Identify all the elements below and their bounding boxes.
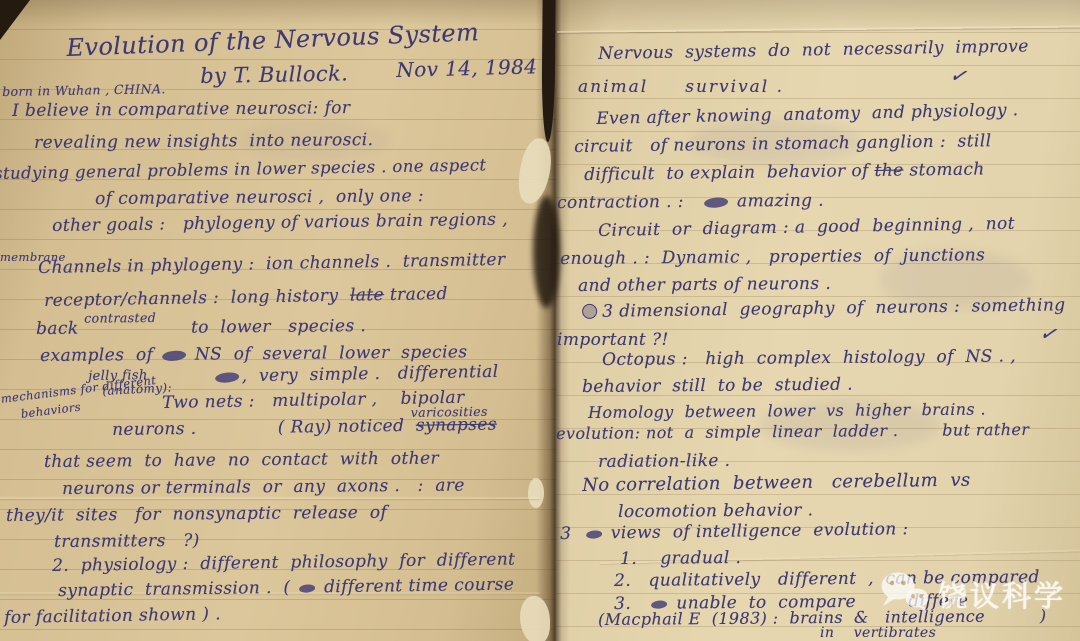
note-text: back <box>36 319 84 339</box>
note-text: views of intelligence evolution : <box>605 519 909 543</box>
note-byline: by T. Bullock. <box>200 61 348 88</box>
notebook-photo: Evolution of the Nervous System by T. Bu… <box>0 0 1080 641</box>
torn-paper-edge <box>520 596 550 641</box>
note-line: back contrasted to lower species . <box>36 316 366 339</box>
note-line: Octopus : high complex histology of NS .… <box>602 346 1016 370</box>
note-text: different time course <box>318 575 514 598</box>
note-text: stomach <box>903 159 984 180</box>
note-line: I believe in comparative neurosci: for <box>12 98 351 121</box>
note-line: locomotion behavior . <box>618 500 813 522</box>
struck-word: the <box>874 161 903 181</box>
note-text: contraction . : <box>557 192 701 213</box>
note-line: neurons or terminals or any axons . : ar… <box>62 475 465 499</box>
note-line: behavior still to be studied . <box>582 375 853 397</box>
note-line: radiation-like . <box>598 451 731 472</box>
note-text: synaptic transmission . ( <box>58 578 296 601</box>
note-line: in vertibrates <box>820 625 936 641</box>
note-line: important ?! <box>557 330 669 350</box>
note-text: examples of <box>40 345 159 366</box>
watermark-label: 饶议科学 <box>938 574 1066 615</box>
inserted-word: varicosities <box>411 404 488 420</box>
note-text: difficult to explain behavior of <box>584 161 875 185</box>
note-line: animal survival . <box>578 77 784 97</box>
margin-note-birthplace: born in Wuhan , CHINA. <box>2 81 166 99</box>
note-text: amazing . <box>731 191 824 212</box>
note-line: revealing new insights into neurosci. <box>34 130 373 153</box>
note-line: they/it sites for nonsynaptic release of <box>6 503 387 526</box>
note-line: and other parts of neurons . <box>578 274 831 296</box>
ink-scribble <box>299 583 316 593</box>
torn-paper-edge <box>528 478 544 508</box>
note-line: examples of NS of several lower species <box>40 342 468 366</box>
note-line: of comparative neurosci , only one : <box>95 186 424 209</box>
note-line: transmitters ?) <box>54 531 200 552</box>
ink-scribble <box>651 599 668 608</box>
circled-mark <box>582 304 597 319</box>
note-text: NS of several lower species <box>189 342 468 364</box>
note-line: that seem to have no contact with other <box>44 449 439 472</box>
note-line: 1. gradual . <box>620 548 741 569</box>
ink-scribble <box>214 371 239 383</box>
note-line: contraction . : amazing . <box>557 191 824 213</box>
ink-scribble <box>162 349 187 361</box>
binding-shadow <box>533 196 560 308</box>
note-line: for facilitation shown ) . <box>4 604 221 628</box>
ink-scribble <box>704 196 729 208</box>
wechat-icon <box>878 570 932 618</box>
note-text: 3 <box>560 524 583 544</box>
inserted-word: contrasted <box>84 310 156 326</box>
wechat-watermark: 饶议科学 <box>878 570 1066 618</box>
note-text: neurons . ( Ray) noticed <box>112 416 416 440</box>
struck-word: late <box>350 285 384 306</box>
note-date: Nov 14, 1984 <box>396 54 538 82</box>
note-text: traced <box>384 284 448 305</box>
note-line: enough . : Dynamic , properties of junct… <box>560 245 985 269</box>
note-text: to lower species . <box>156 316 366 338</box>
ink-scribble <box>586 529 603 539</box>
note-line: Homology between lower vs higher brains … <box>588 400 986 422</box>
